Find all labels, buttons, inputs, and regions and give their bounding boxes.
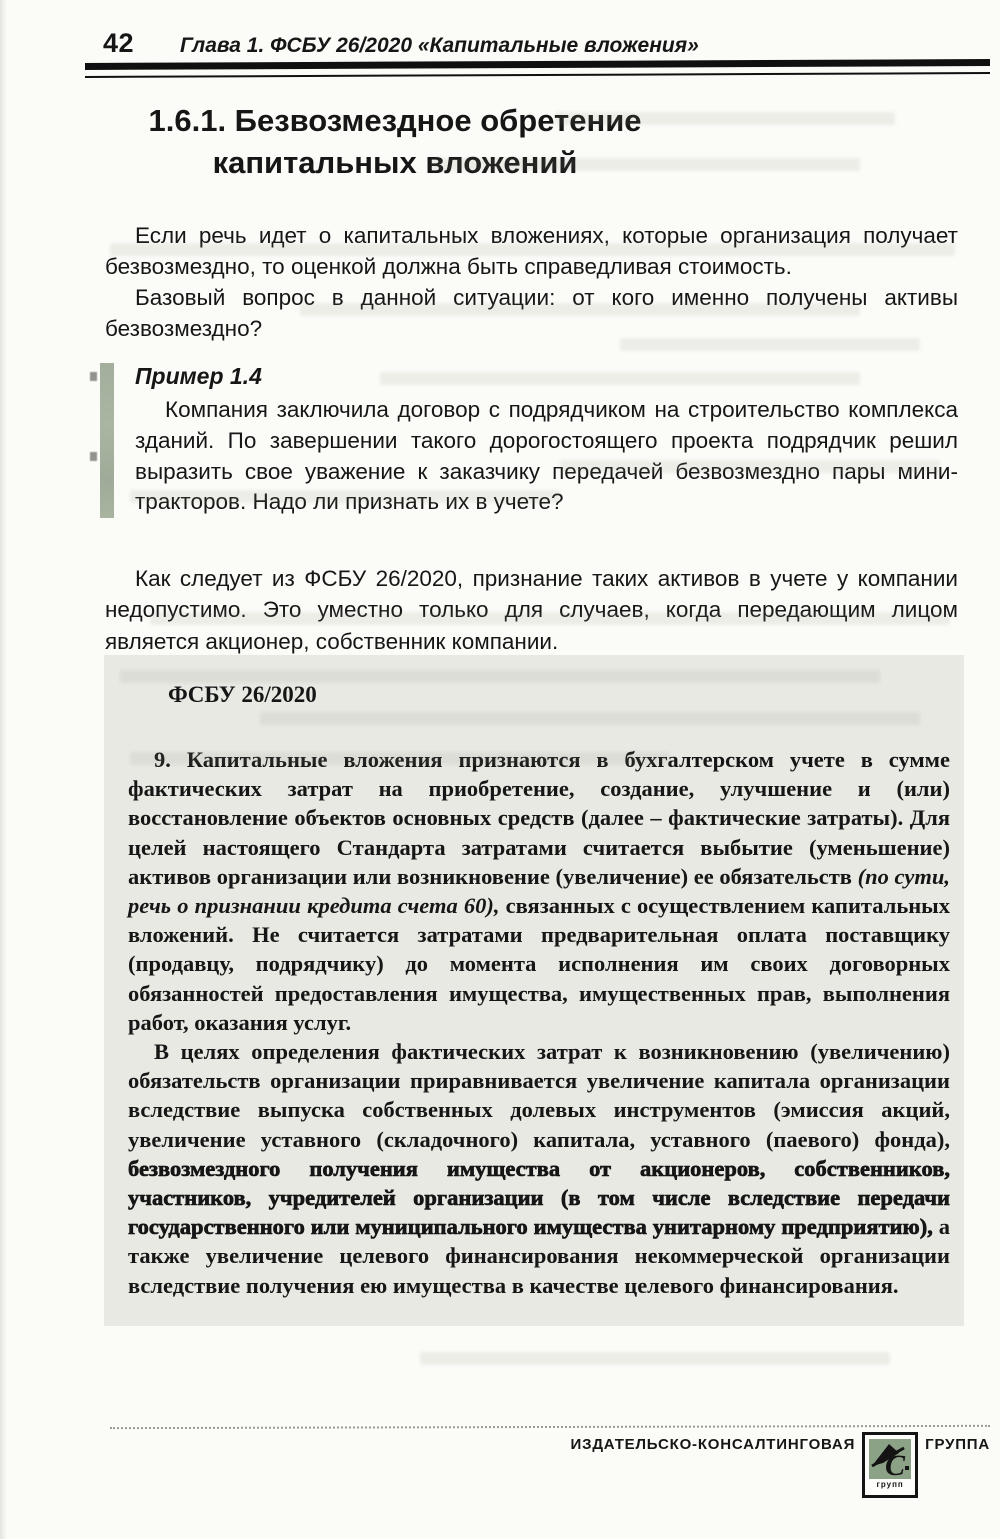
quote-box-heading: ФСБУ 26/2020: [168, 682, 950, 708]
quote-paragraph-9: 9. Капитальные вложения признаются в бух…: [128, 745, 950, 1037]
standard-quote-box: ФСБУ 26/2020 9. Капитальные вложения при…: [104, 655, 964, 1326]
example-block: Пример 1.4 Компания заключила договор с …: [100, 363, 958, 518]
example-accent-bar: [100, 363, 114, 518]
bleed-artifact: [420, 1352, 890, 1365]
book-page: 42 Глава 1. ФСБУ 26/2020 «Капитальные вл…: [0, 0, 1000, 1539]
quote-p9-run1: 9. Капитальные вложения признаются в бух…: [128, 747, 950, 889]
section-title-line2: капитальных вложений: [105, 142, 685, 184]
example-text: Компания заключила договор с подрядчиком…: [135, 395, 958, 518]
quote-p10-emphasis-run: безвозмездного получения имущества от ак…: [128, 1156, 950, 1239]
scan-speck: [90, 372, 97, 381]
publisher-logo-icon: С: [869, 1439, 911, 1479]
publisher-name-right: ГРУППА: [925, 1436, 990, 1453]
section-title-line1: 1.6.1. Безвозмездное обретение: [105, 100, 685, 142]
header-rule-thin: [85, 72, 990, 78]
header-rule-thick: [85, 59, 990, 70]
paragraph-intro: Если речь идет о капитальных вложениях, …: [105, 220, 958, 283]
example-label: Пример 1.4: [135, 363, 958, 390]
publisher-logo: С групп: [862, 1432, 918, 1498]
section-title: 1.6.1. Безвозмездное обретение капитальн…: [105, 100, 685, 184]
publisher-name-left: ИЗДАТЕЛЬСКО-КОНСАЛТИНГОВАЯ: [571, 1436, 856, 1453]
quote-paragraph-10: В целях определения фактических затрат к…: [128, 1037, 950, 1300]
paragraph-question: Базовый вопрос в данной ситуации: от ког…: [105, 282, 958, 345]
svg-text:С: С: [885, 1449, 906, 1479]
example-content: Пример 1.4 Компания заключила договор с …: [135, 363, 958, 518]
paragraph-conclusion: Как следует из ФСБУ 26/2020, признание т…: [105, 563, 958, 658]
chapter-running-title: Глава 1. ФСБУ 26/2020 «Капитальные вложе…: [180, 34, 699, 58]
scan-speck: [90, 452, 97, 461]
footer-rule: [110, 1425, 990, 1429]
page-number: 42: [103, 28, 134, 59]
publisher-footer: ИЗДАТЕЛЬСКО-КОНСАЛТИНГОВАЯ С групп ГРУПП…: [571, 1432, 990, 1498]
logo-ac-monogram-icon: С: [869, 1439, 911, 1479]
quote-p10-run1: В целях определения фактических затрат к…: [128, 1039, 950, 1152]
page-header: 42 Глава 1. ФСБУ 26/2020 «Капитальные вл…: [103, 28, 699, 59]
logo-caption: групп: [877, 1480, 904, 1489]
